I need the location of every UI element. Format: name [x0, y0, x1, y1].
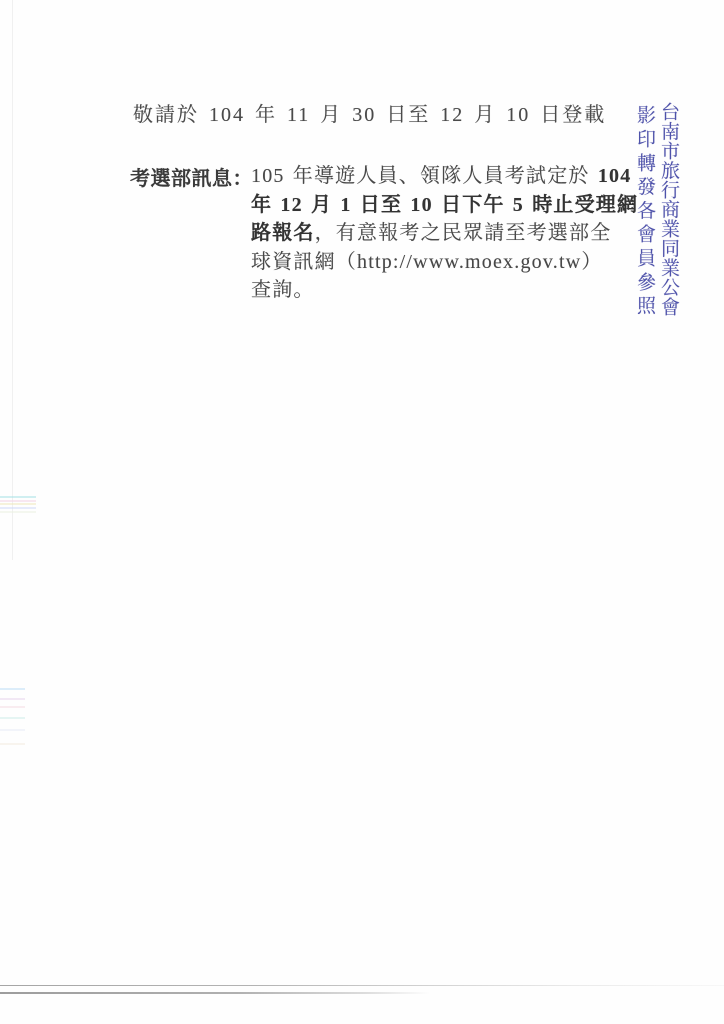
message-text-bold: 年 12 月 1 日至 10 日下午 5 時止受理網 — [251, 194, 638, 216]
stamp-forwarding-note: 影印轉發各會員參照 — [631, 105, 658, 319]
scan-streak-line-1 — [0, 985, 724, 986]
message-text-bold: 104 — [598, 165, 632, 187]
stamp-association-name: 台南市旅行商業同業公會 — [655, 102, 682, 317]
message-text-regular: 球資訊網（http://www.moex.gov.tw） — [251, 251, 603, 273]
scan-streak-line-2 — [0, 992, 430, 994]
message-body: 105 年導遊人員、領隊人員考試定於 104 年 12 月 1 日至 10 日下… — [251, 162, 638, 305]
message-text-bold: 路報名 — [251, 222, 315, 244]
message-text-regular: ，有意報考之民眾請至考選部全 — [315, 222, 612, 244]
message-text-regular: 查詢。 — [251, 279, 315, 301]
posting-period-line: 敬請於 104 年 11 月 30 日至 12 月 10 日登載 — [133, 98, 606, 127]
message-line-2: 年 12 月 1 日至 10 日下午 5 時止受理網 — [251, 191, 638, 220]
scan-edge-line — [12, 0, 13, 560]
scan-color-artifact-lower — [0, 688, 25, 745]
message-line-5: 查詢。 — [251, 276, 638, 305]
message-line-3: 路報名，有意報考之民眾請至考選部全 — [251, 219, 638, 248]
message-label: 考選部訊息： — [130, 162, 253, 191]
message-text-regular: 105 年導遊人員、領隊人員考試定於 — [251, 165, 598, 187]
message-line-1: 105 年導遊人員、領隊人員考試定於 104 — [251, 162, 638, 191]
message-line-4: 球資訊網（http://www.moex.gov.tw） — [251, 248, 638, 277]
scanned-document-page: 敬請於 104 年 11 月 30 日至 12 月 10 日登載 考選部訊息： … — [0, 0, 724, 1024]
scan-color-artifact-upper — [0, 496, 36, 513]
